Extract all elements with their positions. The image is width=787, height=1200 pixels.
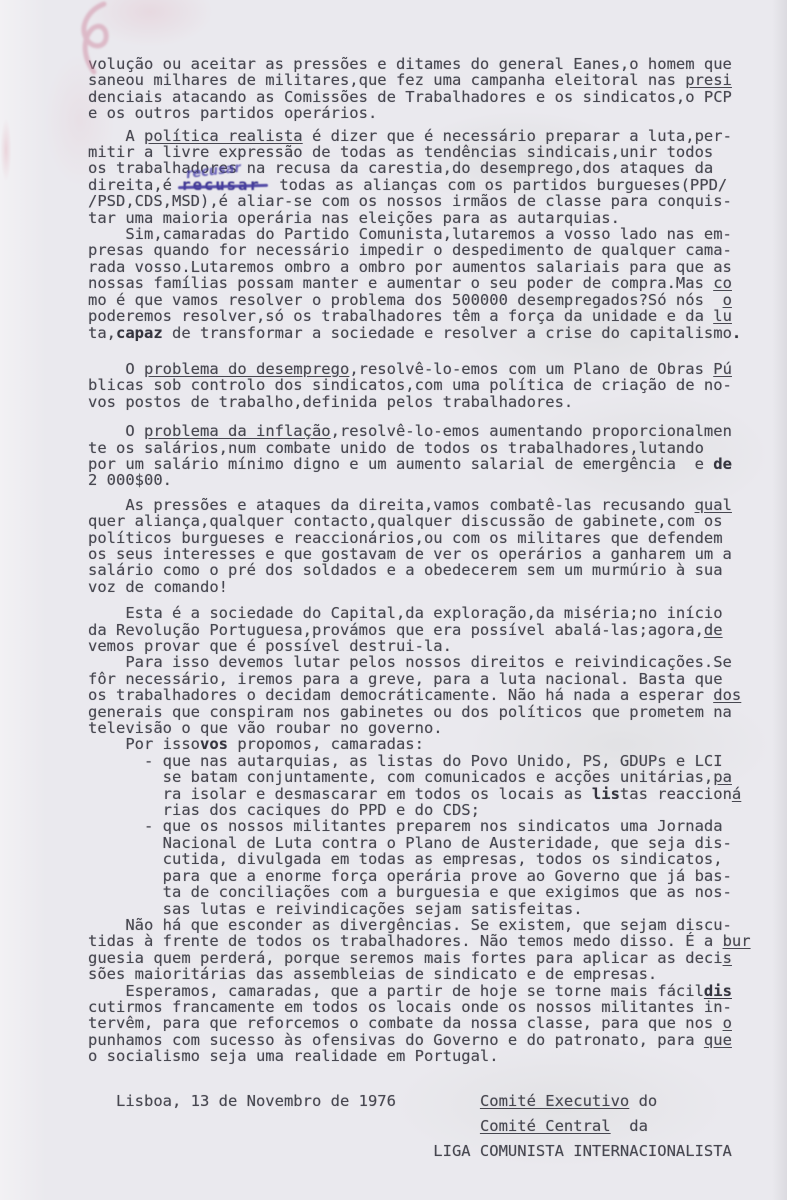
text-line: quer aliança,qualquer contacto,qualquer … [88, 513, 787, 529]
text-line: saneou milhares de militares,que fez uma… [88, 72, 787, 88]
text-line: rias dos caciques do PPD e do CDS; [88, 802, 787, 818]
text-line: para que a enorme força operária prove a… [88, 868, 787, 884]
text-line: O problema do desemprego,resolvê-lo-emos… [88, 361, 787, 377]
text-line: O problema da inflação,resolvê-lo-emos a… [88, 423, 787, 439]
text-line: Não há que esconder as divergências. Se … [88, 917, 787, 933]
text-line: 2 000$00. [88, 472, 787, 488]
document-page: volução ou aceitar as pressões e ditames… [0, 0, 787, 1200]
text-line: os trabalhadores o decidam democráticame… [88, 687, 787, 703]
text-line: cutirmos francamente em todos os locais … [88, 999, 787, 1015]
ink-strikethrough: recusarrecusar [181, 177, 260, 193]
text-line: te os salários,num combate unido de todo… [88, 440, 787, 456]
text-line: poderemos resolver,só os trabalhadores t… [88, 308, 787, 324]
text-line: fôr necessário, iremos para a greve, par… [88, 671, 787, 687]
text-line: salário como o pré dos soldados e a obed… [88, 562, 787, 578]
text-line: guesia quem perderá, porque seremos mais… [88, 950, 787, 966]
text-line: generais que conspiram nos gabinetes ou … [88, 704, 787, 720]
text-line: tidas à frente de todos os trabalhadores… [88, 933, 787, 949]
text-line: e os outros partidos operários. [88, 105, 787, 121]
text-line: rada vosso.Lutaremos ombro a ombro por a… [88, 259, 787, 275]
text-line: As pressões e ataques da direita,vamos c… [88, 497, 787, 513]
text-line: os seus interesses e que gostavam de ver… [88, 546, 787, 562]
text-line: punhamos com sucesso às ofensivas do Gov… [88, 1032, 787, 1048]
text-line: o socialismo seja uma realidade em Portu… [88, 1048, 787, 1064]
text-line: se batam conjuntamente, com comunicados … [88, 769, 787, 785]
text-line: - que os nossos militantes preparem nos … [88, 818, 787, 834]
text-line: A política realista é dizer que é necess… [88, 128, 787, 144]
text-line: da Revolução Portuguesa,provámos que era… [88, 622, 787, 638]
text-line: ta,capaz de transformar a sociedade e re… [88, 325, 787, 341]
text-line: mo é que vamos resolver o problema dos 5… [88, 292, 787, 308]
text-line: tar uma maioria operária nas eleições pa… [88, 210, 787, 226]
text-line: cutida, divulgada em todas as empresas, … [88, 851, 787, 867]
text-line: mitir a livre expressão de todas as tend… [88, 144, 787, 160]
text-line: ra isolar e desmascarar em todos os loca… [88, 786, 787, 802]
text-line: tervêm, para que reforcemos o combate da… [88, 1015, 787, 1031]
text-line: nossas famílias possam manter e aumentar… [88, 275, 787, 291]
text-line: Comité Central da [88, 1118, 787, 1134]
text-line: ta de conciliações com a burguesia e que… [88, 884, 787, 900]
text-line: denciais atacando as Comissões de Trabal… [88, 89, 787, 105]
text-line: Esta é a sociedade do Capital,da explora… [88, 605, 787, 621]
text-line: Nacional de Luta contra o Plano de Auste… [88, 835, 787, 851]
text-line: sas lutas e reivindicações sejam satisfe… [88, 901, 787, 917]
text-line: presas quando for necessário impedir o d… [88, 242, 787, 258]
text-line: por um salário mínimo digno e um aumento… [88, 456, 787, 472]
text-line: Esperamos, camaradas, que a partir de ho… [88, 983, 787, 999]
text-line: vemos provar que é possível destrui-la. [88, 638, 787, 654]
text-line: sões maioritárias das assembleias de sin… [88, 966, 787, 982]
text-line: blicas sob controlo dos sindicatos,com u… [88, 377, 787, 393]
text-line: Por issovos propomos, camaradas: [88, 736, 787, 752]
text-line: televisão o que vão roubar no governo. [88, 720, 787, 736]
text-line: LIGA COMUNISTA INTERNACIONALISTA [88, 1143, 787, 1159]
text-line: políticos burgueses e reaccionários,ou c… [88, 530, 787, 546]
text-line: - que nas autarquias, as listas do Povo … [88, 753, 787, 769]
text-line: vos postos de trabalho,definida pelos tr… [88, 394, 787, 410]
text-line: volução ou aceitar as pressões e ditames… [88, 56, 787, 72]
text-line: direita,é recusarrecusar todas as alianç… [88, 177, 787, 193]
typewritten-text: volução ou aceitar as pressões e ditames… [88, 56, 787, 1160]
text-line: voz de comando! [88, 579, 787, 595]
text-line: Sim,camaradas do Partido Comunista,lutar… [88, 226, 787, 242]
text-line: /PSD,CDS,MSD),é aliar-se com os nossos i… [88, 193, 787, 209]
text-line: Lisboa, 13 de Novembro de 1976 Comité Ex… [88, 1093, 787, 1109]
text-line: Para isso devemos lutar pelos nossos dir… [88, 654, 787, 670]
